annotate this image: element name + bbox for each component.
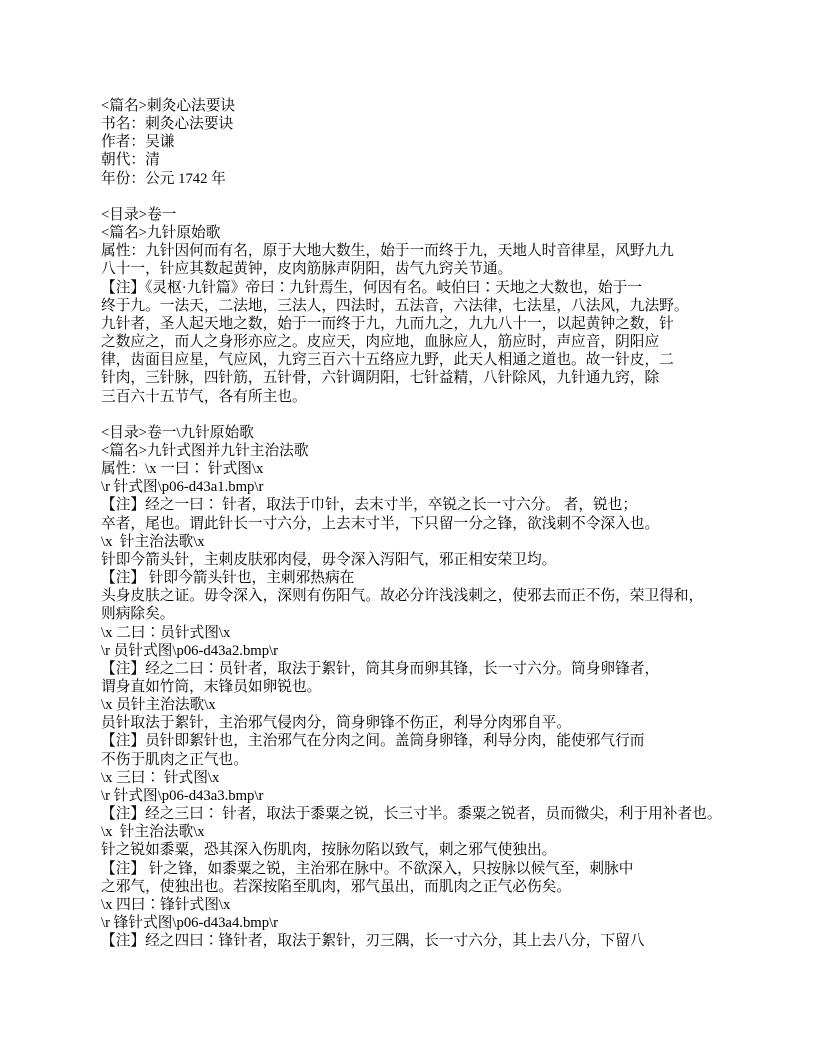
text-line: 八十一，针应其数起黄钟，皮肉筋脉声阴阳，齿气九窍关节通。 bbox=[101, 260, 722, 278]
text-line: 谓身直如竹筒，末锋员如卵锐也。 bbox=[101, 678, 722, 696]
text-line: 九针者，圣人起天地之数，始于一而终于九，九而九之，九九八十一，以起黄钟之数，针 bbox=[101, 315, 722, 333]
text-line: 年份：公元 1742 年 bbox=[101, 170, 722, 188]
text-line: 终于九。一法天，二法地，三法人，四法时，五法音，六法律，七法星，八法风，九法野。 bbox=[101, 297, 722, 315]
text-line: \r 针式图\p06-d43a3.bmp\r bbox=[101, 787, 722, 805]
text-line: \x 员针主治法歌\x bbox=[101, 696, 722, 714]
text-line: 之数应之，而人之身形亦应之。皮应天，肉应地，血脉应人，筋应时，声应音，阴阳应 bbox=[101, 333, 722, 351]
text-line: 书名：刺灸心法要诀 bbox=[101, 115, 722, 133]
text-line: 【注】员针即絮针也，主治邪气在分肉之间。盖筒身卵锋，利导分肉，能使邪气行而 bbox=[101, 732, 722, 750]
text-line: 针之锐如黍粟，恐其深入伤肌肉，按脉勿陷以致气，刺之邪气使独出。 bbox=[101, 841, 722, 859]
document-page: <篇名>刺灸心法要诀书名：刺灸心法要诀作者：吴谦朝代：清年份：公元 1742 年… bbox=[101, 97, 722, 950]
text-line: 【注】经之二曰∶员针者，取法于絮针，筒其身而卵其锋，长一寸六分。筒身卵锋者， bbox=[101, 660, 722, 678]
text-line: \r 员针式图\p06-d43a2.bmp\r bbox=[101, 642, 722, 660]
text-line: 作者：吴谦 bbox=[101, 133, 722, 151]
text-line: 员针取法于絮针，主治邪气侵肉分，筒身卵锋不伤正，利导分肉邪自平。 bbox=[101, 714, 722, 732]
text-line: \x 针主治法歌\x bbox=[101, 533, 722, 551]
text-line: 头身皮肤之证。毋令深入，深则有伤阳气。故必分许浅浅刺之，使邪去而正不伤，荣卫得和… bbox=[101, 587, 722, 605]
text-line: 则病除矣。 bbox=[101, 605, 722, 623]
text-line: <篇名>九针原始歌 bbox=[101, 224, 722, 242]
text-line: 朝代：清 bbox=[101, 151, 722, 169]
text-line: 三百六十五节气，各有所主也。 bbox=[101, 388, 722, 406]
text-line: 律，齿面目应星，气应风，九窍三百六十五络应九野，此天人相通之道也。故一针皮，二 bbox=[101, 351, 722, 369]
text-line: 不伤于肌肉之正气也。 bbox=[101, 751, 722, 769]
text-line: 属性：九针因何而有名，原于大地大数生，始于一而终于九，天地人时音律星，风野九九 bbox=[101, 242, 722, 260]
text-line: <目录>卷一 bbox=[101, 206, 722, 224]
section-jiuzhen-yuanshi-ge: <目录>卷一<篇名>九针原始歌属性：九针因何而有名，原于大地大数生，始于一而终于… bbox=[101, 206, 722, 406]
text-line: <目录>卷一\九针原始歌 bbox=[101, 424, 722, 442]
text-line: \x 三曰∶ 针式图\x bbox=[101, 769, 722, 787]
text-line: 针肉，三针脉，四针筋，五针骨，六针调阴阳，七针益精，八针除风，九针通九窍，除 bbox=[101, 369, 722, 387]
text-line: 【注】经之三曰∶ 针者，取法于黍粟之锐，长三寸半。黍粟之锐者，员而微尖，利于用补… bbox=[101, 805, 722, 823]
text-line: \x 四曰∶锋针式图\x bbox=[101, 896, 722, 914]
text-line: 【注】《灵枢·九针篇》帝曰∶九针焉生，何因有名。岐伯曰∶天地之大数也，始于一 bbox=[101, 279, 722, 297]
text-line: \r 针式图\p06-d43a1.bmp\r bbox=[101, 478, 722, 496]
text-line: 【注】经之四曰∶锋针者，取法于絮针，刃三隅，长一寸六分，其上去八分，下留八 bbox=[101, 932, 722, 950]
text-line: \r 锋针式图\p06-d43a4.bmp\r bbox=[101, 914, 722, 932]
text-line: \x 二曰∶员针式图\x bbox=[101, 624, 722, 642]
text-line: 针即今箭头针，主刺皮肤邪肉侵，毋令深入泻阳气，邪正相安荣卫均。 bbox=[101, 551, 722, 569]
text-line: <篇名>九针式图并九针主治法歌 bbox=[101, 442, 722, 460]
text-line: 【注】 针之锋，如黍粟之锐，主治邪在脉中。不欲深入，只按脉以候气至，刺脉中 bbox=[101, 860, 722, 878]
text-line: 属性：\x 一曰∶ 针式图\x bbox=[101, 460, 722, 478]
text-line: 【注】 针即今箭头针也，主刺邪热病在 bbox=[101, 569, 722, 587]
text-line: <篇名>刺灸心法要诀 bbox=[101, 97, 722, 115]
section-jiuzhen-shitu-zhuzhi-fa-ge: <目录>卷一\九针原始歌<篇名>九针式图并九针主治法歌属性：\x 一曰∶ 针式图… bbox=[101, 424, 722, 951]
text-line: 【注】经之一曰∶ 针者，取法于巾针，去末寸半，卒锐之长一寸六分。 者，锐也； bbox=[101, 496, 722, 514]
section-book-meta: <篇名>刺灸心法要诀书名：刺灸心法要诀作者：吴谦朝代：清年份：公元 1742 年 bbox=[101, 97, 722, 188]
text-line: \x 针主治法歌\x bbox=[101, 823, 722, 841]
text-line: 之邪气，使独出也。若深按陷至肌肉，邪气虽出，而肌肉之正气必伤矣。 bbox=[101, 878, 722, 896]
text-line: 卒者，尾也。谓此针长一寸六分，上去末寸半，下只留一分之锋，欲浅刺不令深入也。 bbox=[101, 515, 722, 533]
